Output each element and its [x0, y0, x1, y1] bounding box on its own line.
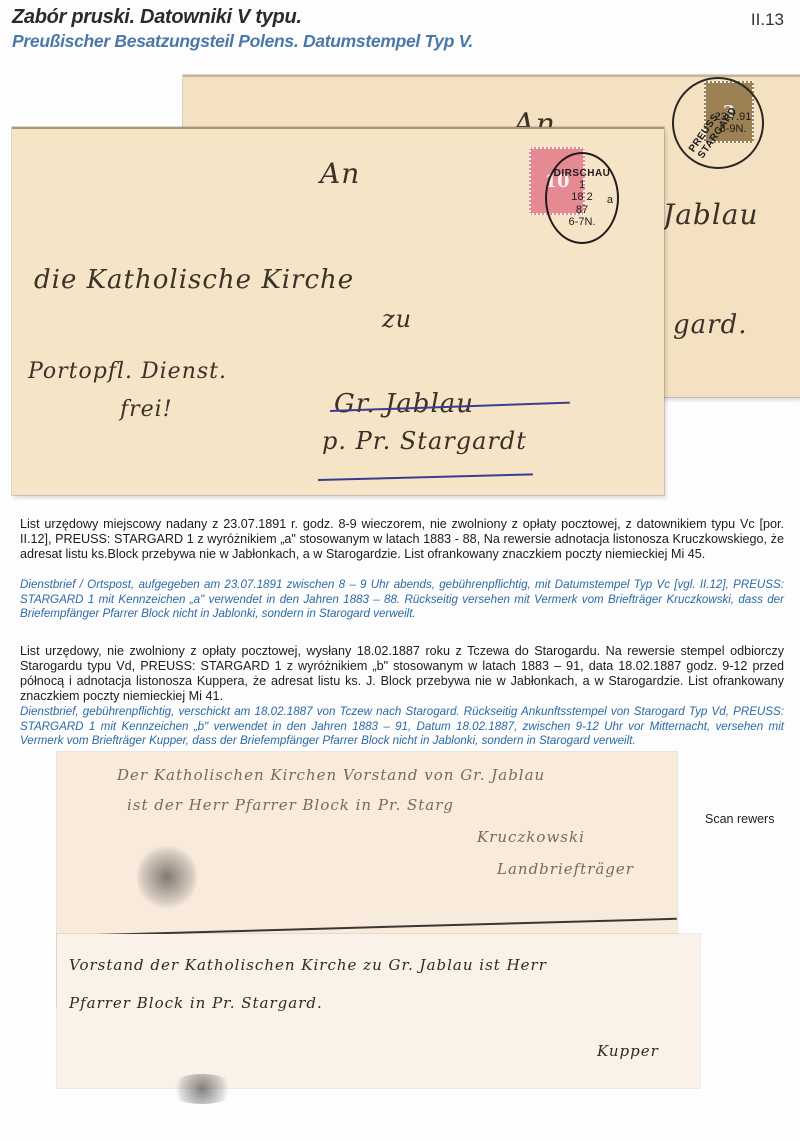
handwriting-jablau: Jablau [663, 198, 759, 231]
note-line-1: Vorstand der Katholischen Kirche zu Gr. … [69, 956, 547, 974]
description-2-german: Dienstbrief, gebührenpflichtig, verschic… [20, 705, 784, 749]
note-landbrieftraeger: Landbriefträger [497, 860, 634, 878]
note-line-2: Pfarrer Block in Pr. Stargard. [69, 994, 323, 1012]
postmark-date: 18 2 [571, 191, 592, 203]
description-1-polish: List urzędowy miejscowy nadany z 23.07.1… [20, 517, 784, 562]
envelope-edge [12, 127, 664, 129]
note-line-2: ist der Herr Pfarrer Block in Pr. Starg [127, 796, 454, 814]
postmark-number: 1 [579, 179, 585, 191]
note-line-1: Der Katholischen Kirchen Vorstand von Gr… [117, 766, 545, 784]
page-number: II.13 [751, 10, 784, 30]
underline-ink [318, 473, 533, 481]
handwriting-an: An [320, 157, 360, 190]
note-signature-kruczkowski: Kruczkowski [477, 828, 585, 846]
page-title-german: Preußischer Besatzungsteil Polens. Datum… [12, 31, 473, 52]
postmark-time: 6-7N. [569, 216, 596, 228]
postmark-smudge [167, 1074, 237, 1104]
handwriting-pr-stargardt: p. Pr. Stargardt [322, 427, 527, 455]
page-title-polish: Zabór pruski. Datowniki V typu. [12, 6, 302, 29]
reverse-scan-1887: Vorstand der Katholischen Kirche zu Gr. … [57, 934, 700, 1088]
handwriting-portopfl-dienst: Portopfl. Dienst. [28, 359, 227, 384]
scan-reverse-label: Scan rewers [705, 812, 774, 826]
postmark-name: DIRSCHAU [554, 168, 611, 179]
description-2-polish: List urzędowy, nie zwolniony z opłaty po… [20, 644, 784, 704]
envelope-edge [183, 75, 800, 77]
postmark-preuss-stargard: PREUSS. STARGARD 23.7.91 8-9N. [672, 77, 764, 169]
postmark-smudge [137, 842, 197, 912]
postmark-dirschau: DIRSCHAU 1 18 2 87 6-7N. a [545, 152, 619, 244]
note-signature-kupper: Kupper [597, 1042, 659, 1060]
handwriting-zu: zu [382, 305, 412, 333]
description-1-german: Dienstbrief / Ortspost, aufgegeben am 23… [20, 578, 784, 622]
postmark-year: 87 [576, 204, 588, 216]
handwriting-stargard: gard. [673, 310, 747, 340]
postmark-letter: a [607, 194, 613, 206]
handwriting-frei: frei! [120, 397, 173, 422]
handwriting-gr-jablau: Gr. Jablau [334, 389, 474, 419]
handwriting-addressee: die Katholische Kirche [34, 265, 354, 295]
